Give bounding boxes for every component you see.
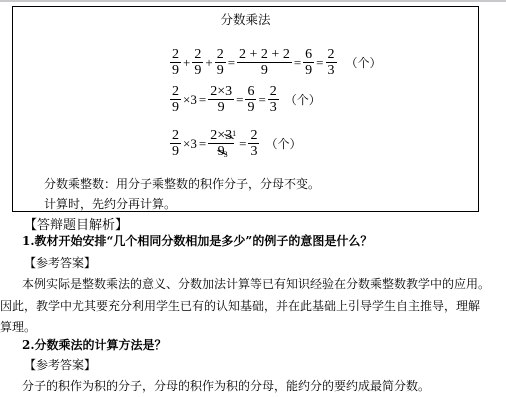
rule-text-1: 分数乘整数：用分子乘整数的积作分子，分母不变。	[44, 175, 320, 192]
unit-label: （个）	[346, 54, 382, 71]
equation-multiplication: 29 ×3 = 2×39 = 69 = 23 （个）	[169, 84, 321, 115]
fraction: 69	[245, 84, 256, 115]
cancelled-digit: 31	[225, 128, 232, 143]
fraction-multiplication-box: 分数乘法 29 + 29 + 29 = 2 + 2 + 29 = 69 = 23…	[12, 6, 479, 212]
fraction: 29	[170, 128, 181, 159]
fraction: 23	[326, 47, 337, 78]
answer-1-line-1: 本例实际是整数乘法的意义、分数加法计算等已有知识经验在分数乘整数教学中的应用。	[22, 275, 490, 292]
fraction: 29	[170, 84, 181, 115]
fraction: 23	[268, 84, 279, 115]
answer-label-2: 【参考答案】	[24, 356, 96, 373]
fraction-cancelled: 2×31 93	[208, 128, 234, 159]
fraction: 29	[215, 47, 226, 78]
fraction: 29	[170, 47, 181, 78]
question-2: 2.分数乘法的计算方法是？	[22, 336, 167, 353]
answer-label-1: 【参考答案】	[24, 254, 96, 271]
answer-1-line-2: 因此，教学中尤其要充分利用学生已有的认知基础，并在此基础上引导学生自主推导，理解	[0, 297, 480, 314]
unit-label: （个）	[285, 91, 321, 108]
fraction: 69	[303, 47, 314, 78]
fraction: 29	[192, 47, 203, 78]
fraction: 2 + 2 + 29	[237, 47, 292, 78]
answer-1-line-3: 算理。	[0, 318, 36, 335]
fraction: 2×39	[208, 84, 234, 115]
question-1: 1.教材开始安排“几个相同分数相加是多少”的例子的意图是什么？	[22, 232, 372, 249]
rule-text-2: 计算时，先约分再计算。	[44, 195, 176, 212]
equation-reduce-first: 29 ×3 = 2×31 93 = 23 （个）	[169, 128, 301, 159]
box-title: 分数乘法	[13, 10, 478, 28]
unit-label: （个）	[265, 135, 301, 152]
top-rule	[0, 0, 506, 2]
fraction: 23	[248, 128, 259, 159]
answer-2-line-1: 分子的积作为积的分子，分母的积作为积的分母，能约分的要约成最简分数。	[22, 377, 430, 394]
analysis-heading: 【答辩题目解析】	[24, 214, 128, 233]
cancelled-digit: 93	[218, 144, 225, 159]
equation-repeated-addition: 29 + 29 + 29 = 2 + 2 + 29 = 69 = 23 （个）	[169, 47, 382, 78]
